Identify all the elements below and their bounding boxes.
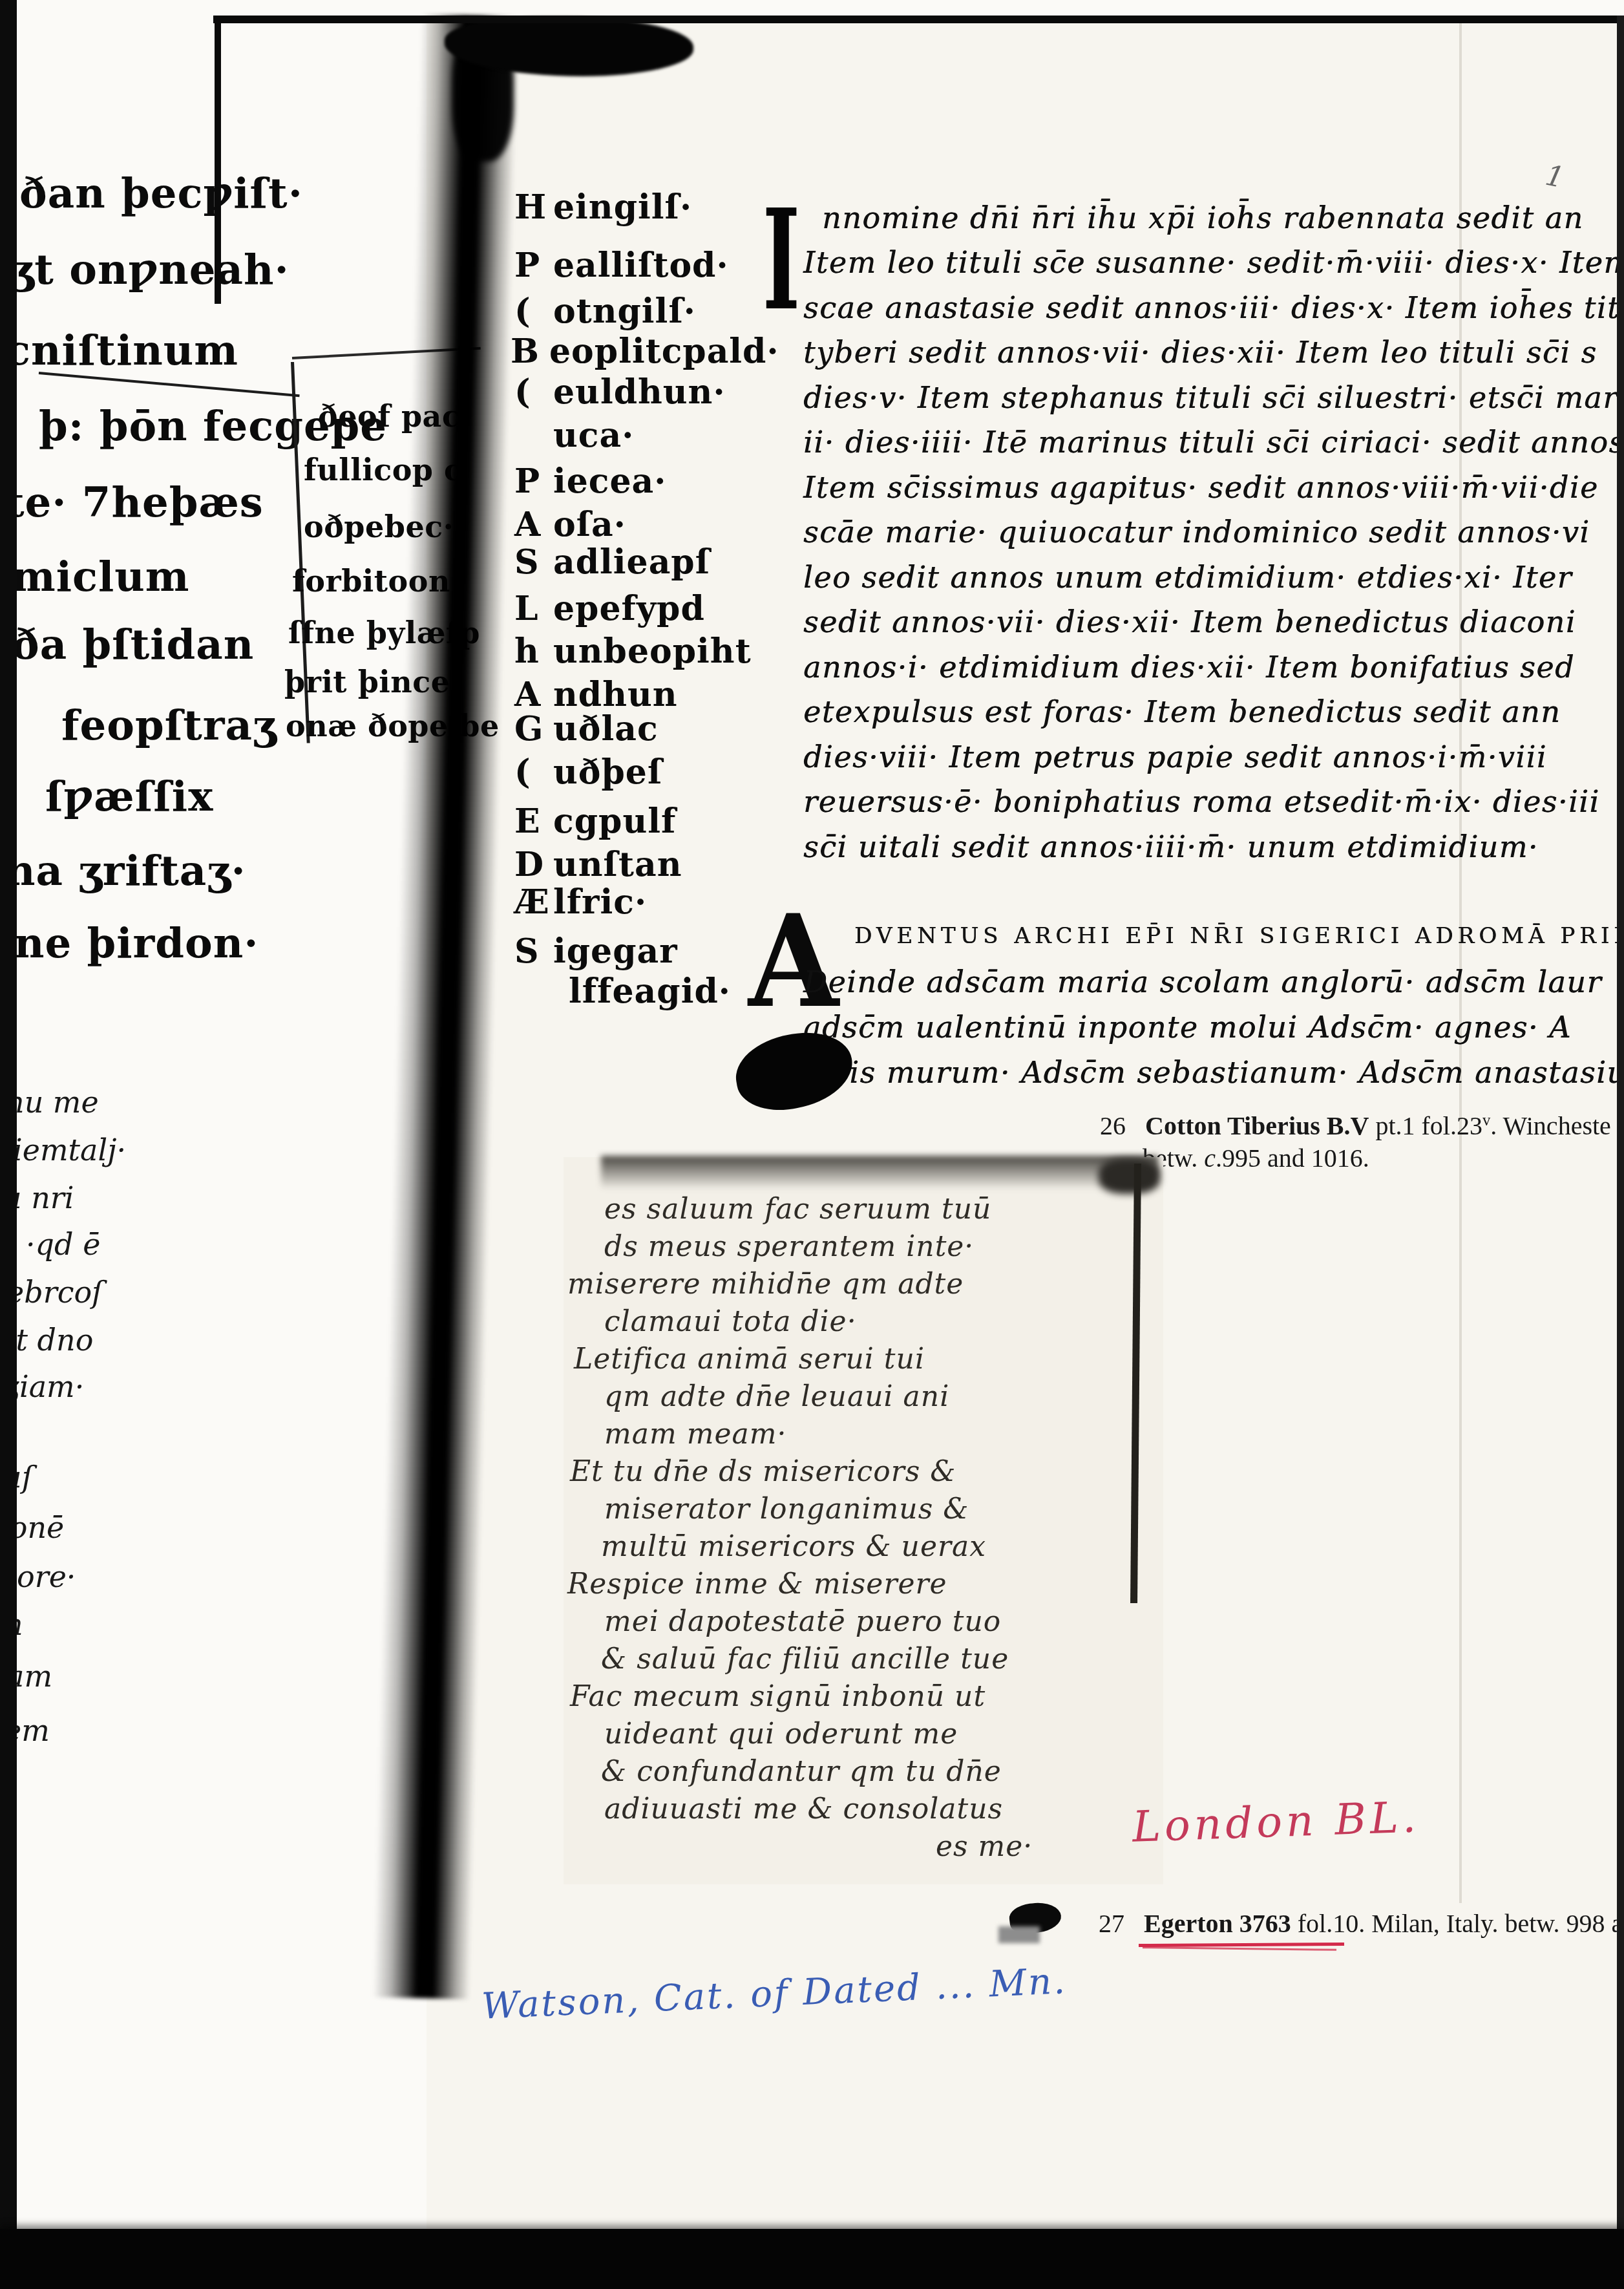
psalm-line: & saluū fac filiū ancille tue: [601, 1643, 1009, 1676]
name-initial: B: [511, 332, 549, 371]
name-initial: A: [514, 505, 553, 544]
name-text: oſa·: [553, 505, 626, 544]
caption-26-shelfmark: Cotton Tiberius B.V: [1145, 1111, 1369, 1140]
drop-initial-A: A: [748, 899, 839, 1025]
name-entry: Piecea·: [514, 462, 666, 501]
caption-27-shelfmark: Egerton 3763: [1144, 1909, 1291, 1938]
caption-27-number: 27: [1099, 1909, 1124, 1938]
drop-initial-I: I: [763, 191, 800, 330]
scan-border-top: [213, 16, 1624, 23]
psalm-line: Respice inme & miserere: [567, 1568, 947, 1601]
name-initial: A: [514, 675, 553, 714]
sigeric-line: foris murum· Adsc̄m sebastianum· Adsc̄m …: [803, 1055, 1624, 1090]
name-entry: Heingilſ·: [514, 187, 692, 227]
left-fragment-line: ne þirdon·: [14, 919, 259, 968]
name-entry: Ælfric·: [514, 882, 647, 922]
left-lower-fragment: iemtalj·: [13, 1133, 126, 1167]
left-fragment-line: ða þſtidan: [12, 621, 254, 669]
name-entry: lffeagid·: [530, 972, 731, 1011]
psalm-line: es saluum fac seruum tuū: [604, 1193, 991, 1226]
name-entry: Andhun: [514, 675, 678, 714]
psalm-line: Fac mecum signū inbonū ut: [570, 1680, 986, 1713]
name-initial: P: [514, 246, 553, 285]
name-text: euldhun·: [553, 372, 726, 412]
chronicle-line: sedit annos·vii· dies·xii· Item benedict…: [803, 604, 1576, 639]
left-fragment-line: miclum: [12, 553, 190, 601]
name-text: unſtan: [553, 845, 682, 884]
name-entry: (otngilſ·: [514, 292, 696, 331]
name-text: uðlac: [553, 709, 659, 749]
scan-border-inner-left: [215, 16, 221, 304]
plate-page: ðan þecƿiſt· ʒt onƿneah· cniſtinum þ: þō…: [0, 0, 1624, 2289]
name-entry: Aoſa·: [514, 505, 626, 544]
psalm-line: ds meus sperantem inte·: [604, 1230, 974, 1263]
caption-26: 26Cotton Tiberius B.V pt.1 fol.23v. Winc…: [1100, 1111, 1611, 1141]
psalm-line: adiuuasti me & consolatus: [604, 1793, 1003, 1826]
name-text: otngilſ·: [553, 292, 696, 331]
name-initial: G: [514, 709, 553, 749]
name-text: iecea·: [553, 462, 666, 501]
left-fragment-line: na ʒriftaʒ·: [5, 847, 246, 895]
sigeric-line: Deinde adsc̄am maria scolam anglorū· ads…: [803, 964, 1602, 999]
photocopy-blob-shadow: [998, 1926, 1040, 1943]
name-entry: Ecgpulf: [514, 802, 676, 841]
psalm-line: Et tu dn̄e ds misericors &: [570, 1455, 956, 1488]
chronicle-line: nnomine dn̄i n̄ri ih̄u xp̄i ioh̄s rabenn…: [822, 200, 1584, 235]
name-entry: (uðþeſ: [514, 752, 662, 792]
left-lower-fragment: nu me: [5, 1085, 99, 1120]
psalm-line: mei dapotestatē puero tuo: [604, 1605, 1001, 1638]
name-entry: Beoplitcpald·: [511, 332, 779, 371]
chronicle-line: Item sc̄issimus agapitus· sedit annos·vi…: [803, 470, 1599, 505]
chronicle-line: annos·i· etdimidium dies·xii· Item bonif…: [803, 650, 1575, 685]
scan-border-left: [0, 0, 17, 2289]
name-text: uca·: [553, 416, 634, 455]
name-text: epefypd: [553, 589, 705, 628]
left-lower-fragment: ebrcoſ: [6, 1275, 103, 1310]
chronicle-line: ii· dies·iiii· Itē marinus tituli sc̄i c…: [803, 425, 1624, 460]
caption-26-mid: pt.1 fol.23: [1369, 1111, 1482, 1140]
name-entry: Dunſtan: [514, 845, 682, 884]
name-initial: E: [514, 802, 553, 841]
name-entry: uca·: [514, 416, 634, 455]
name-text: igegar: [553, 932, 678, 971]
left-lower-fragment: tt dno: [4, 1323, 93, 1357]
inset-box-top-rule: [39, 372, 300, 397]
caption-26-dates: .995 and 1016.: [1216, 1144, 1369, 1173]
name-text: lffeagid·: [569, 972, 731, 1011]
caption-27: 27Egerton 3763 fol.10. Milan, Italy. bet…: [1099, 1908, 1624, 1939]
name-initial: Æ: [514, 882, 553, 922]
psalm-line: multū misericors & uerax: [601, 1530, 986, 1563]
name-text: ealliſtod·: [553, 246, 729, 285]
name-text: ndhun: [553, 675, 678, 714]
name-entry: Sadlieapſ: [514, 542, 710, 582]
sigeric-capitals-line: DVENTUS ARCHI EP̄I NR̄I SIGERICI ADROMĀ …: [854, 923, 1624, 949]
psalm-line: mam meam·: [604, 1418, 786, 1451]
caption-26-tail: . Wincheste: [1490, 1111, 1610, 1140]
psalm-top-smudge: [601, 1156, 1158, 1189]
scan-border-right: [1617, 16, 1624, 2233]
psalm-line: miserator longanimus &: [604, 1493, 969, 1526]
caption-26-line2: betw. c.995 and 1016.: [1143, 1143, 1369, 1173]
chronicle-line: dies·viii· Item petrus papie sedit annos…: [803, 740, 1547, 774]
psalm-line: miserere mihidn̄e qm adte: [567, 1268, 964, 1301]
name-initial: S: [514, 542, 553, 582]
name-initial: (: [514, 372, 553, 412]
name-initial: P: [514, 462, 553, 501]
caption-26-number: 26: [1100, 1111, 1126, 1140]
caption-26-sup: v: [1482, 1112, 1490, 1129]
name-initial: D: [514, 845, 553, 884]
name-text: eoplitcpald·: [549, 332, 779, 371]
name-text: adlieapſ: [553, 542, 710, 582]
psalm-corner-smudge: [1099, 1158, 1160, 1194]
chronicle-line: scāe marie· quiuocatur indominico sedit …: [803, 515, 1590, 549]
name-entry: Pealliſtod·: [514, 246, 729, 285]
left-fragment-line: ſƿæſſix: [45, 772, 213, 821]
chronicle-line: dies·v· Item stephanus tituli sc̄i silue…: [803, 380, 1624, 415]
caption-27-tail: fol.10. Milan, Italy. betw. 998 ar: [1291, 1909, 1624, 1938]
name-initial: h: [514, 632, 553, 671]
handwritten-note-red: London BL.: [1132, 1792, 1420, 1851]
psalm-line: es me·: [936, 1830, 1033, 1863]
chronicle-line: tyberi sedit annos·vii· dies·xii· Item l…: [803, 335, 1598, 370]
name-initial: H: [514, 187, 553, 227]
psalm-line: qm adte dn̄e leuaui ani: [604, 1380, 949, 1413]
chronicle-line: reuersus·ē· boniphatius roma etsedit·m̄·…: [803, 784, 1600, 819]
name-initial: (: [514, 752, 553, 792]
name-initial: (: [514, 292, 553, 331]
name-text: eingilſ·: [553, 187, 692, 227]
name-text: uðþeſ: [553, 752, 662, 792]
chronicle-line: Item leo tituli sc̄e susanne· sedit·m̄·v…: [803, 245, 1624, 280]
name-entry: Guðlac: [514, 709, 659, 749]
left-fragment-line: ðan þecƿiſt·: [19, 169, 303, 218]
psalm-line: & confundantur qm tu dn̄e: [601, 1755, 1002, 1788]
psalm-line: uideant qui oderunt me: [604, 1718, 958, 1751]
sigeric-line: adsc̄m ualentinū inponte molui Adsc̄m· a…: [803, 1010, 1572, 1045]
left-fragment-line: feopſtraʒ: [61, 701, 277, 750]
scan-border-bottom: [0, 2229, 1624, 2289]
name-entry: hunbeopiht: [514, 632, 752, 671]
name-initial: S: [514, 932, 553, 971]
left-fragment-line: te· 7heþæs: [5, 478, 264, 527]
name-initial: L: [514, 589, 553, 628]
name-entry: Lepefypd: [514, 589, 705, 628]
name-text: lfric·: [553, 882, 647, 922]
left-lower-fragment: ·qd ē: [26, 1227, 100, 1262]
chronicle-line: etexpulsus est foras· Item benedictus se…: [803, 694, 1561, 729]
chronicle-line: sc̄i uitali sedit annos·iiii·m̄· unum et…: [803, 829, 1539, 864]
left-fragment-line: cniſtinum: [5, 326, 238, 375]
left-fragment-line: ʒt onƿneah·: [10, 246, 290, 294]
chronicle-line: scae anastasie sedit annos·iii· dies·x· …: [803, 290, 1620, 325]
chronicle-line: leo sedit annos unum etdimidium· etdies·…: [803, 560, 1572, 595]
name-entry: Sigegar: [514, 932, 678, 971]
name-entry: (euldhun·: [514, 372, 726, 412]
psalm-line: clamaui tota die·: [604, 1305, 857, 1338]
name-text: unbeopiht: [553, 632, 752, 671]
caption-26-circa: c: [1204, 1144, 1216, 1173]
psalm-line: Letifica animā serui tui: [574, 1343, 925, 1376]
name-text: cgpulf: [553, 802, 676, 841]
